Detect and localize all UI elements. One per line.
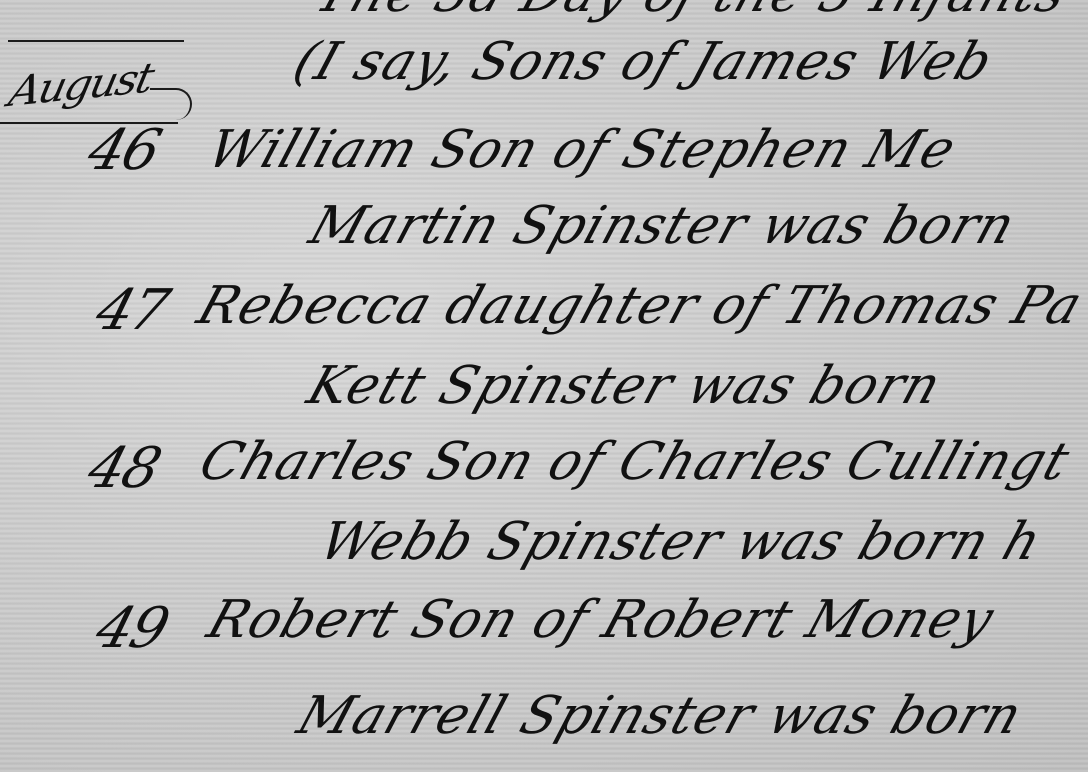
entry-number: 49 [89,596,175,661]
register-page: August The 3d Day of the 3 Infants (I sa… [0,0,1088,772]
entry-number: 48 [81,436,167,501]
header-line-2: (I say, Sons of James Web [286,32,1000,92]
entry-line-2: Martin Spinster was born [302,196,1023,256]
entry-line-1: William Son of Stephen Me [200,120,963,180]
entry-line-1: Charles Son of Charles Cullingt [192,432,1077,492]
entry-line-1: Robert Son of Robert Money [200,590,1001,650]
entry-line-1: Rebecca daughter of Thomas Pa [190,276,1088,336]
entry-line-2: Webb Spinster was born h [312,512,1049,572]
entry-line-2: Marrell Spinster was born [290,686,1029,746]
margin-bracket [150,88,192,120]
entry-number: 46 [81,118,167,183]
entry-line-2: Kett Spinster was born [300,356,948,416]
margin-rule-top [8,40,184,42]
margin-month-label: August [5,53,157,116]
header-line-1: The 3d Day of the 3 Infants [308,0,1075,24]
entry-number: 47 [89,278,175,343]
